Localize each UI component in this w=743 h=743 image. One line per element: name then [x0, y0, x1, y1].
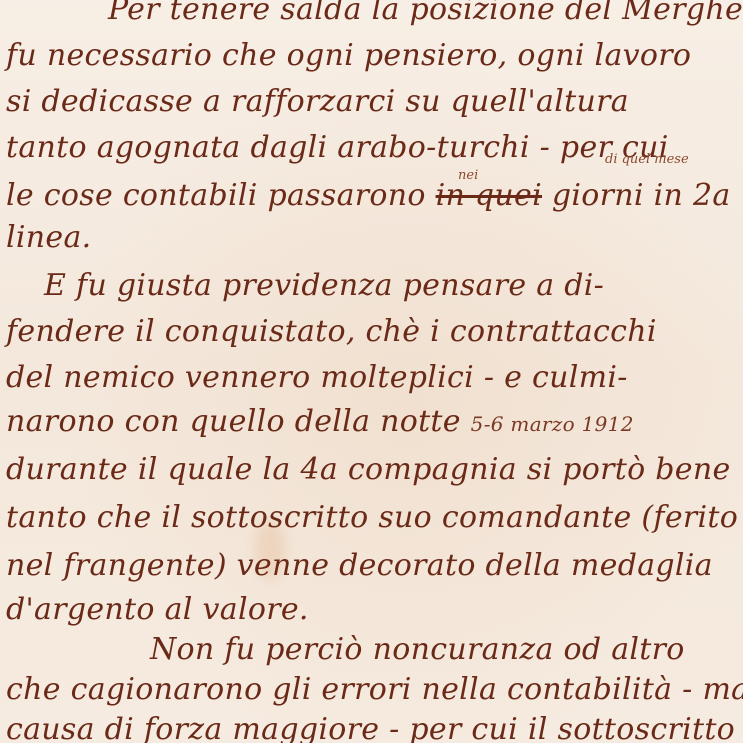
text-line-17: causa di forza maggiore - per cui il sot…: [6, 712, 735, 743]
text-line-8: fendere il conquistato, chè i contrattac…: [6, 314, 657, 349]
text-line-2: fu necessario che ogni pensiero, ogni la…: [6, 38, 691, 73]
text-line-3: si dedicasse a rafforzarci su quell'altu…: [6, 84, 629, 119]
text-line-10-part-a: narono con quello della notte: [6, 404, 471, 439]
text-line-14: d'argento al valore.: [6, 592, 309, 627]
struck-text: in quei: [436, 178, 542, 213]
text-line-1: Per tenere salda la posizione del Merghe: [108, 0, 743, 27]
text-line-6: linea.: [6, 220, 92, 255]
interlinear-correction-nei: nei: [458, 168, 478, 183]
text-line-11: durante il quale la 4a compagnia si port…: [6, 452, 731, 487]
text-line-15: Non fu perciò noncuranza od altro: [150, 632, 685, 667]
text-line-4: tanto agognata dagli arabo-turchi - per …: [6, 130, 669, 165]
text-line-13: nel frangente) venne decorato della meda…: [6, 548, 713, 583]
text-line-10: narono con quello della notte 5-6 marzo …: [6, 404, 634, 439]
text-line-9: del nemico vennero molteplici - e culmi-: [6, 360, 628, 395]
text-line-5-part-a: le cose contabili passarono: [6, 178, 436, 213]
interlinear-correction-mese: di quel mese: [605, 152, 689, 167]
text-line-5-part-b: giorni in 2a: [542, 178, 731, 213]
text-line-12: tanto che il sottoscritto suo comandante…: [6, 500, 738, 535]
text-line-5: le cose contabili passarono in quei gior…: [6, 178, 731, 213]
text-line-16: che cagionarono gli errori nella contabi…: [6, 672, 743, 707]
text-line-7: E fu giusta previdenza pensare a di-: [44, 268, 604, 303]
date-text: 5-6 marzo 1912: [471, 412, 634, 436]
letter-page: Per tenere salda la posizione del Merghe…: [0, 0, 743, 743]
